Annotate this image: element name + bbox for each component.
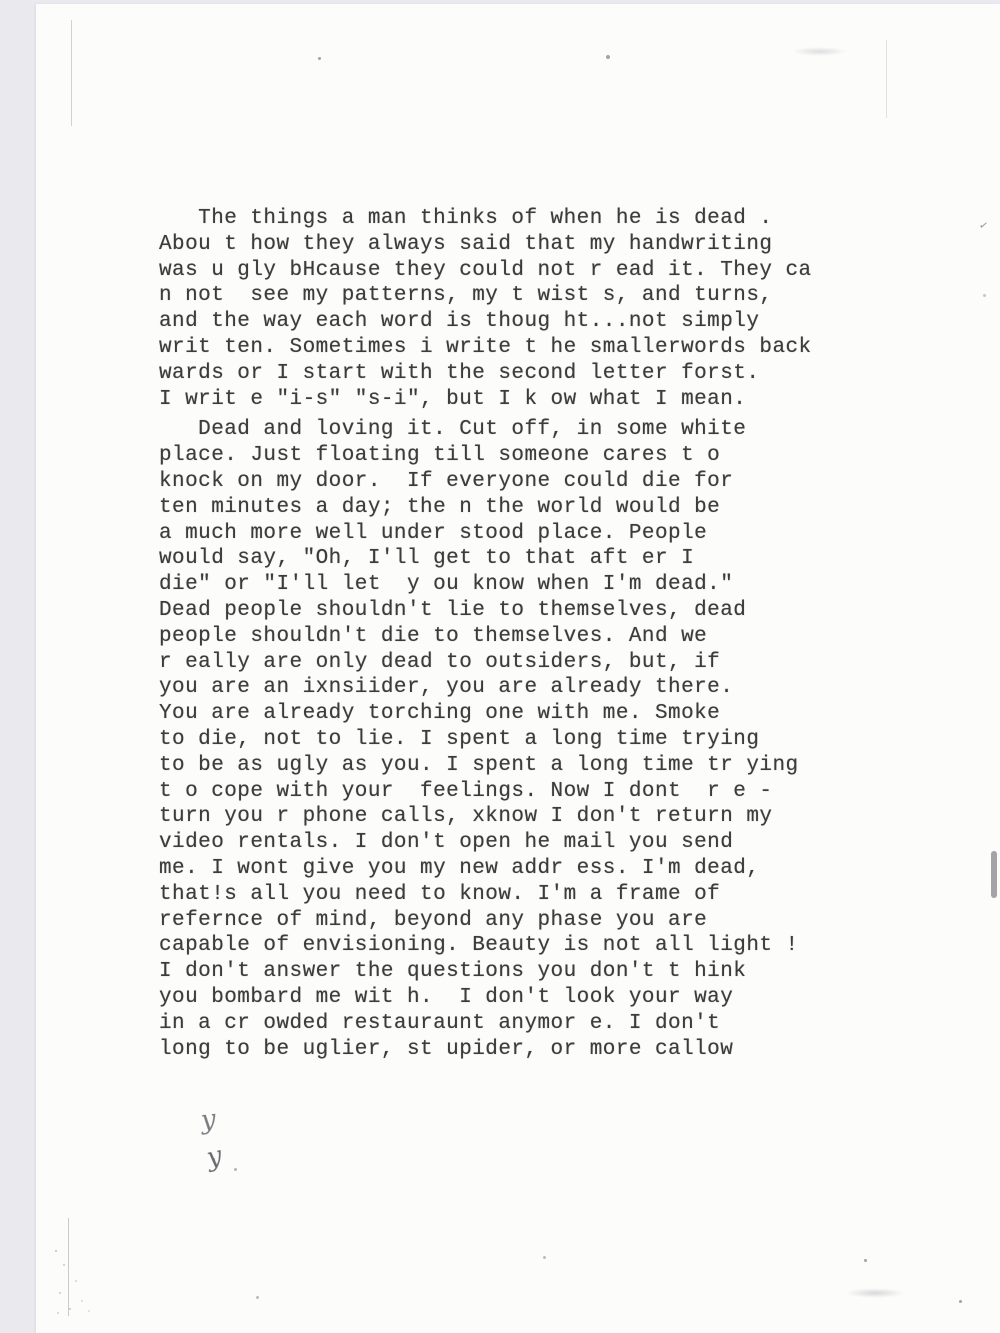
- scrollbar-thumb[interactable]: [991, 851, 997, 898]
- paragraph-1: The things a man thinks of when he is de…: [159, 206, 812, 412]
- typed-line: was u gly bHcause they could not r ead i…: [159, 258, 812, 284]
- scan-speck: [606, 55, 610, 59]
- scan-scratch-top-right: [886, 40, 887, 118]
- typed-line: you are an ixnsiider, you are already th…: [159, 675, 812, 701]
- scan-speck: [983, 294, 986, 297]
- typed-line: knock on my door. If everyone could die …: [159, 469, 812, 495]
- typed-line: that!s all you need to know. I'm a frame…: [159, 882, 812, 908]
- paragraph-2: Dead and loving it. Cut off, in some whi…: [159, 417, 812, 1062]
- typed-line: video rentals. I don't open he mail you …: [159, 830, 812, 856]
- scan-speck: [543, 1256, 546, 1259]
- typed-line: to die, not to lie. I spent a long time …: [159, 727, 812, 753]
- typed-line: capable of envisioning. Beauty is not al…: [159, 933, 812, 959]
- typed-line: me. I wont give you my new addr ess. I'm…: [159, 856, 812, 882]
- typed-line: r eally are only dead to outsiders, but,…: [159, 650, 812, 676]
- scanned-page: The things a man thinks of when he is de…: [36, 4, 1000, 1333]
- scan-speck: [959, 1300, 962, 1303]
- typewritten-text-block: The things a man thinks of when he is de…: [159, 206, 812, 1062]
- typed-line: ten minutes a day; the n the world would…: [159, 495, 812, 521]
- typed-line: The things a man thinks of when he is de…: [159, 206, 812, 232]
- scan-speck: [864, 1259, 867, 1262]
- typed-line: would say, "Oh, I'll get to that aft er …: [159, 546, 812, 572]
- typed-line: in a cr owded restauraunt anymor e. I do…: [159, 1011, 812, 1037]
- typed-line: Dead people shouldn't lie to themselves,…: [159, 598, 812, 624]
- scan-speck: [256, 1296, 259, 1299]
- typed-line: You are already torching one with me. Sm…: [159, 701, 812, 727]
- typed-line: I writ e "i-s" "s-i", but I k ow what I …: [159, 387, 812, 413]
- scan-smudge-bottom: [845, 1288, 905, 1298]
- typed-line: and the way each word is thoug ht...not …: [159, 309, 812, 335]
- typed-line: turn you r phone calls, xknow I don't re…: [159, 804, 812, 830]
- scan-scratch-top-left: [71, 20, 72, 126]
- typed-line: die" or "I'll let y ou know when I'm dea…: [159, 572, 812, 598]
- typed-line: t o cope with your feelings. Now I dont …: [159, 779, 812, 805]
- typed-line: refernce of mind, beyond any phase you a…: [159, 908, 812, 934]
- typed-line: people shouldn't die to themselves. And …: [159, 624, 812, 650]
- scan-smudge-top: [792, 47, 847, 56]
- scan-speck: [234, 1168, 237, 1171]
- typed-line: place. Just floating till someone cares …: [159, 443, 812, 469]
- typed-line: you bombard me wit h. I don't look your …: [159, 985, 812, 1011]
- typed-line: long to be uglier, st upider, or more ca…: [159, 1037, 812, 1063]
- typed-line: wards or I start with the second letter …: [159, 361, 812, 387]
- handwritten-ink-mark: y: [199, 1104, 217, 1135]
- typed-line: writ ten. Sometimes i write t he smaller…: [159, 335, 812, 361]
- typed-line: Dead and loving it. Cut off, in some whi…: [159, 417, 812, 443]
- typed-line: to be as ugly as you. I spent a long tim…: [159, 753, 812, 779]
- typed-line: n not see my patterns, my t wist s, and …: [159, 283, 812, 309]
- scan-speck: [318, 57, 321, 60]
- scan-scratch-bottom-left: [68, 1218, 69, 1316]
- typed-line: I don't answer the questions you don't t…: [159, 959, 812, 985]
- typed-line: Abou t how they always said that my hand…: [159, 232, 812, 258]
- scan-speckle-cluster: [55, 1250, 57, 1252]
- typed-line: a much more well under stood place. Peop…: [159, 521, 812, 547]
